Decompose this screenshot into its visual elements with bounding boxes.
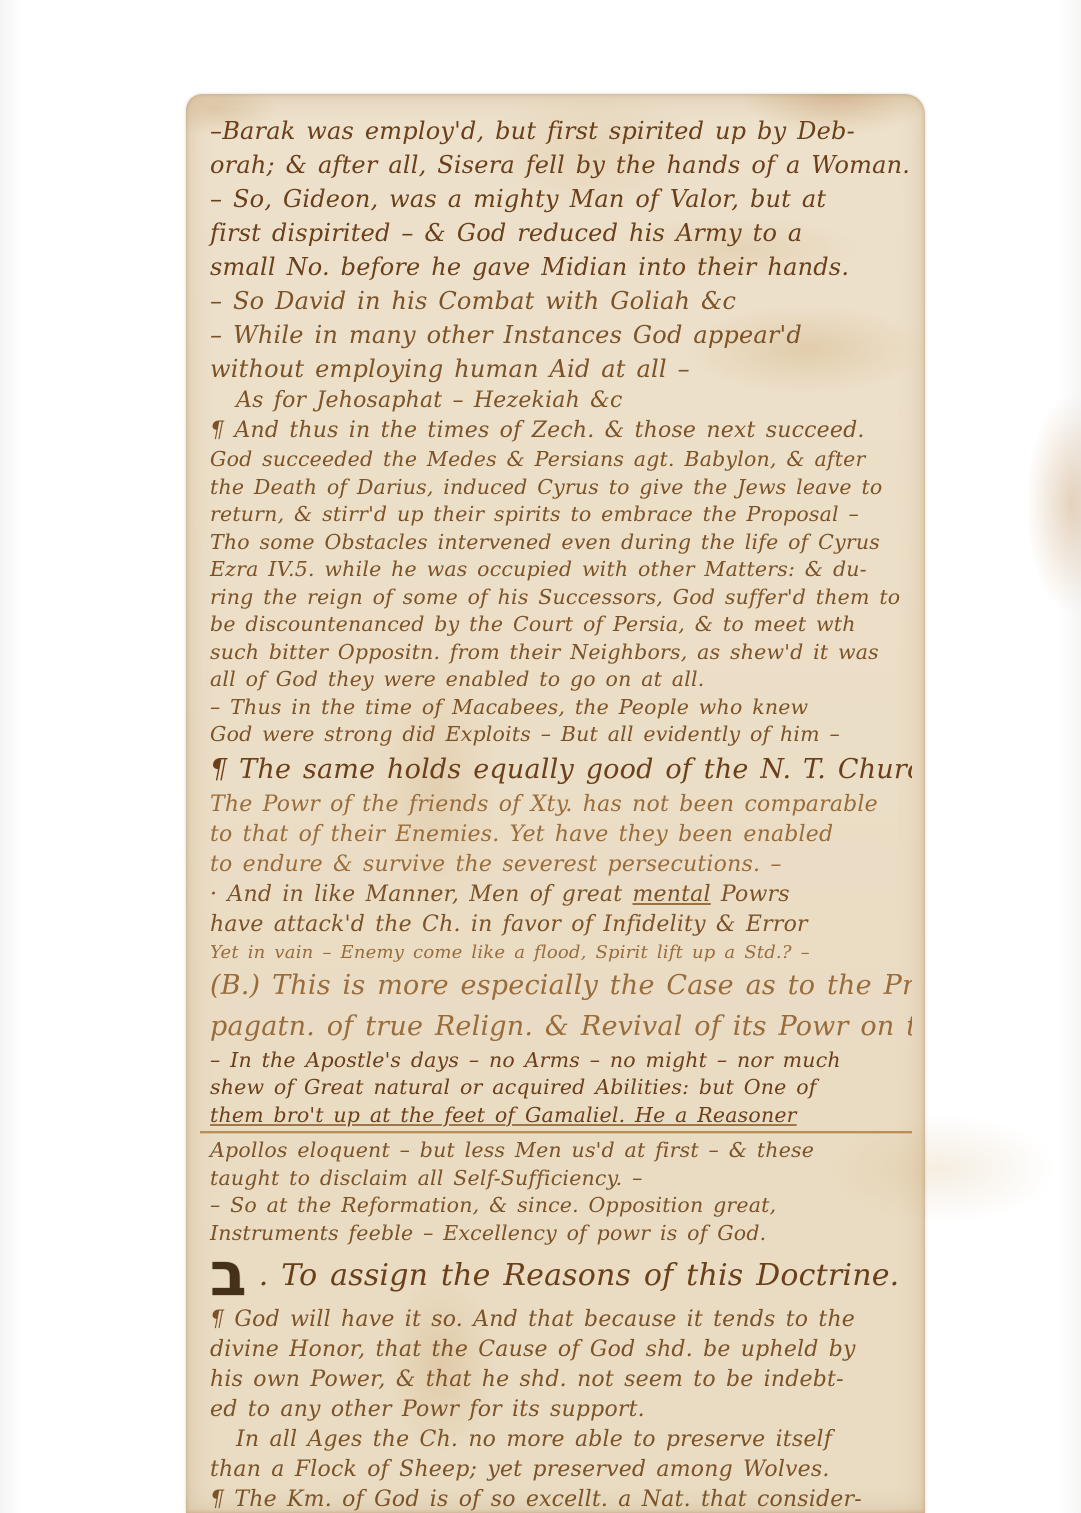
- manuscript-line: · And in like Manner, Men of great menta…: [210, 880, 900, 910]
- manuscript-line: return, & stirr'd up their spirits to em…: [210, 501, 900, 529]
- manuscript-line: taught to disclaim all Self-Sufficiency.…: [210, 1165, 900, 1193]
- manuscript-line: ring the reign of some of his Successors…: [210, 584, 900, 612]
- manuscript-line: – Thus in the time of Macabees, the Peop…: [210, 694, 900, 722]
- manuscript-line: without employing human Aid at all –: [210, 352, 900, 386]
- manuscript-text: –Barak was employ'd, but first spirited …: [200, 106, 912, 1513]
- hebrew-letter-bet-icon: ב: [210, 1251, 247, 1299]
- manuscript-line: Ezra IV.5. while he was occupied with ot…: [210, 556, 900, 584]
- manuscript-line: small No. before he gave Midian into the…: [210, 250, 900, 284]
- manuscript-line: shew of Great natural or acquired Abilit…: [210, 1074, 900, 1102]
- manuscript-line: to endure & survive the severest persecu…: [210, 850, 900, 880]
- manuscript-line: – So David in his Combat with Goliah &c: [210, 284, 900, 318]
- manuscript-line: (B.) This is more especially the Case as…: [210, 965, 900, 1006]
- manuscript-line: – So at the Reformation, & since. Opposi…: [210, 1192, 900, 1220]
- manuscript-line: In all Ages the Ch. no more able to pres…: [210, 1425, 900, 1455]
- manuscript-line: Instruments feeble – Excellency of powr …: [210, 1220, 900, 1248]
- manuscript-line: pagatn. of true Relign. & Revival of its…: [210, 1006, 900, 1047]
- manuscript-line: – In the Apostle's days – no Arms – no m…: [210, 1047, 900, 1075]
- line-fragment: Powrs: [711, 882, 790, 907]
- underlined-word: mental: [632, 882, 710, 907]
- manuscript-line: to that of their Enemies. Yet have they …: [210, 820, 900, 850]
- manuscript-line: ב. To assign the Reasons of this Doctrin…: [210, 1247, 900, 1305]
- manuscript-line: As for Jehosaphat – Hezekiah &c: [210, 386, 900, 416]
- line-fragment: · And in like Manner, Men of great: [210, 882, 632, 907]
- manuscript-line: such bitter Oppositn. from their Neighbo…: [210, 639, 900, 667]
- manuscript-line: Tho some Obstacles intervened even durin…: [210, 529, 900, 557]
- manuscript-line: than a Flock of Sheep; yet preserved amo…: [210, 1455, 900, 1485]
- manuscript-line: be discountenanced by the Court of Persi…: [210, 611, 900, 639]
- manuscript-line: – While in many other Instances God appe…: [210, 318, 900, 352]
- manuscript-line: them bro't up at the feet of Gamaliel. H…: [200, 1102, 912, 1134]
- manuscript-line: all of God they were enabled to go on at…: [210, 666, 900, 694]
- manuscript-line: ¶ And thus in the times of Zech. & those…: [210, 416, 900, 446]
- manuscript-line: God were strong did Exploits – But all e…: [210, 721, 900, 749]
- manuscript-line: divine Honor, that the Cause of God shd.…: [210, 1335, 900, 1365]
- manuscript-line: ed to any other Powr for its support.: [210, 1395, 900, 1425]
- manuscript-line: ¶ The Km. of God is of so excellt. a Nat…: [210, 1485, 900, 1513]
- manuscript-line: orah; & after all, Sisera fell by the ha…: [210, 148, 900, 182]
- manuscript-line: God succeeded the Medes & Persians agt. …: [210, 446, 900, 474]
- manuscript-line: Apollos eloquent – but less Men us'd at …: [210, 1137, 900, 1165]
- manuscript-line: have attack'd the Ch. in favor of Infide…: [210, 910, 900, 940]
- manuscript-line: first dispirited – & God reduced his Arm…: [210, 216, 900, 250]
- manuscript-line: – So, Gideon, was a mighty Man of Valor,…: [210, 182, 900, 216]
- manuscript-line: –Barak was employ'd, but first spirited …: [210, 114, 900, 148]
- manuscript-line: the Death of Darius, induced Cyrus to gi…: [210, 474, 900, 502]
- manuscript-line: ¶ God will have it so. And that because …: [210, 1305, 900, 1335]
- manuscript-line: ¶ The same holds equally good of the N. …: [210, 749, 900, 790]
- manuscript-line: The Powr of the friends of Xty. has not …: [210, 790, 900, 820]
- manuscript-line: Yet in vain – Enemy come like a flood, S…: [210, 940, 900, 965]
- manuscript-line: his own Power, & that he shd. not seem t…: [210, 1365, 900, 1395]
